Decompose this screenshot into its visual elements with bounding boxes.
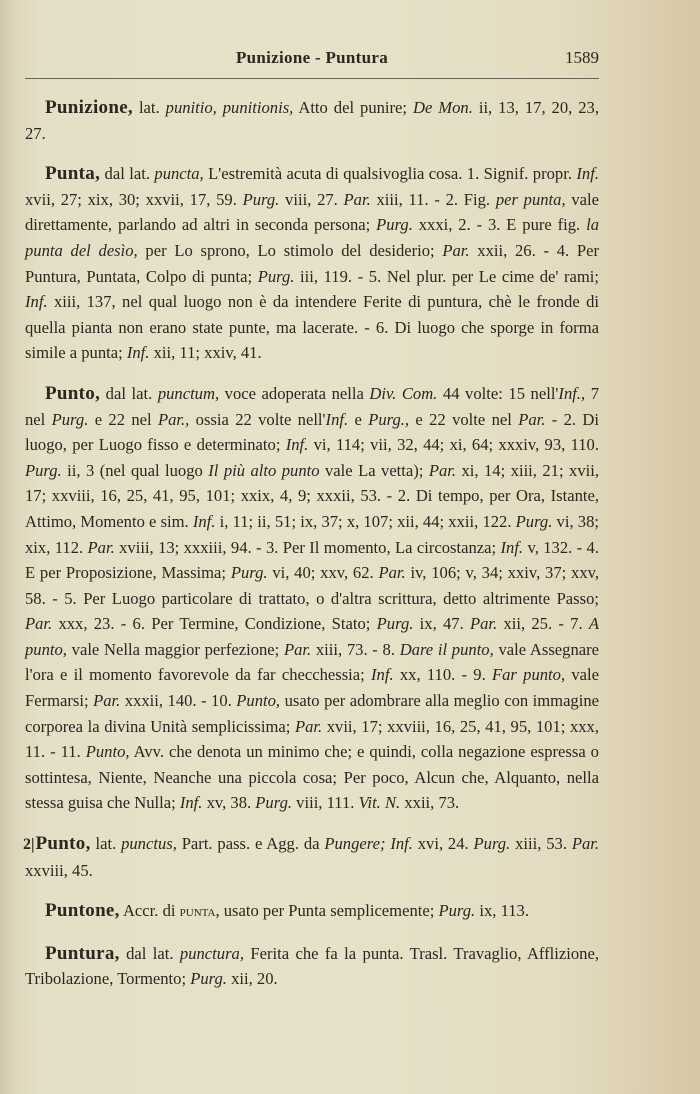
text-run: xvi, 24. — [413, 834, 474, 853]
text-run: xii, 20. — [227, 969, 278, 988]
italic-run: Purg. — [474, 834, 511, 853]
italic-run: Far punto, — [492, 665, 565, 684]
italic-run: Purg. — [258, 267, 295, 286]
text-run: L'estremità acuta di qualsivoglia cosa. … — [204, 164, 577, 183]
italic-run: Purg. — [243, 190, 280, 209]
text-run: xiii, 73. - 8. — [311, 640, 400, 659]
italic-run: Par. — [470, 614, 497, 633]
text-run: xiii, 137, nel qual luogo non è da inten… — [25, 292, 599, 362]
text-run: xii, 25. - 7. — [497, 614, 589, 633]
headword: Puntone, — [45, 900, 120, 921]
italic-run: punitio, punitionis, — [166, 98, 294, 117]
italic-run: Purg. — [25, 461, 62, 480]
italic-run: Inf. — [180, 793, 203, 812]
entry-punizione: Punizione, lat. punitio, punitionis, Att… — [25, 95, 599, 146]
headword: Punto, — [45, 383, 100, 404]
running-title: Punizione - Puntura — [25, 48, 599, 68]
italic-run: punctum, — [158, 384, 219, 403]
italic-run: Purg. — [376, 215, 413, 234]
italic-run: Punto, — [86, 742, 130, 761]
italic-run: Par. — [518, 410, 545, 429]
text-run: dal lat. — [100, 164, 154, 183]
text-run: xxxi, 2. - 3. E pure fig. — [413, 215, 586, 234]
headword: Punta, — [45, 163, 100, 184]
italic-run: Purg. — [190, 969, 227, 988]
italic-run: Inf. — [390, 834, 413, 853]
entry-body: dal lat. puncta, L'estremità acuta di qu… — [25, 164, 599, 362]
text-run: xvii, 27; xix, 30; xxvii, 17, 59. — [25, 190, 243, 209]
text-run: Accr. di — [120, 901, 180, 920]
italic-run: Par. — [429, 461, 456, 480]
entries-list: Punizione, lat. punitio, punitionis, Att… — [25, 95, 599, 1007]
text-run: i, 11; ii, 51; ix, 37; x, 107; xii, 44; … — [215, 512, 515, 531]
headword: Punizione, — [45, 97, 133, 118]
text-run: vi, 40; xxv, 62. — [268, 563, 379, 582]
text-run: xv, 38. — [202, 793, 255, 812]
entry-punta: Punta, dal lat. puncta, L'estremità acut… — [25, 161, 599, 366]
italic-run: Punto, — [236, 691, 280, 710]
italic-run: Inf. — [25, 292, 48, 311]
headword: Punto, — [36, 833, 91, 854]
page-number: 1589 — [565, 48, 599, 68]
text-run: dal lat. — [100, 384, 158, 403]
header-rule — [25, 78, 599, 79]
italic-run: Par. — [344, 190, 371, 209]
entry-punto-2: 2|Punto, lat. punctus, Part. pass. e Agg… — [25, 831, 599, 883]
italic-run: Pungere; — [324, 834, 385, 853]
text-run: xxviii, 45. — [25, 861, 93, 880]
entry-body: lat. punctus, Part. pass. e Agg. da Pung… — [25, 834, 599, 880]
text-run: lat. — [133, 98, 166, 117]
text-run: xiii, 11. - 2. Fig. — [371, 190, 496, 209]
italic-run: Par. — [378, 563, 405, 582]
headword: Puntura, — [45, 943, 120, 964]
italic-run: Purg. — [438, 901, 475, 920]
text-run: dal lat. — [120, 944, 180, 963]
italic-run: De Mon. — [413, 98, 473, 117]
text-run: voce adoperata nella — [219, 384, 369, 403]
text-run: lat. — [91, 834, 121, 853]
text-run: xxx, 23. - 6. Per Termine, Condizione, S… — [52, 614, 376, 633]
italic-run: Div. Com. — [369, 384, 437, 403]
text-run: xxii, 73. — [400, 793, 459, 812]
text-run: vi, 114; vii, 32, 44; xi, 64; xxxiv, 93,… — [308, 435, 599, 454]
entry-puntone: Puntone, Accr. di punta, usato per Punta… — [25, 898, 599, 926]
italic-run: Par. — [25, 614, 52, 633]
text-run: e 22 nel — [88, 410, 158, 429]
italic-run: Purg. — [255, 793, 292, 812]
text-run: e 22 volte nel — [409, 410, 518, 429]
text-run: , usato per Punta semplicemente; — [215, 901, 438, 920]
text-run: Atto del punire; — [293, 98, 413, 117]
text-run: viii, 27. — [279, 190, 343, 209]
italic-run: Vit. N. — [359, 793, 401, 812]
italic-run: Inf. — [576, 164, 599, 183]
small-caps-run: punta — [180, 904, 216, 920]
entry-punto-1: Punto, dal lat. punctum, voce adoperata … — [25, 381, 599, 816]
italic-run: punctura, — [180, 944, 244, 963]
italic-run: punctus, — [121, 834, 177, 853]
italic-run: Il più alto punto — [208, 461, 319, 480]
italic-run: Inf. — [286, 435, 309, 454]
text-run: Part. pass. e Agg. da — [177, 834, 324, 853]
italic-run: Inf., — [558, 384, 585, 403]
italic-run: Purg. — [516, 512, 553, 531]
text-run: iii, 119. - 5. Nel plur. per Le cime de'… — [294, 267, 599, 286]
italic-run: Inf. — [193, 512, 216, 531]
text-run: ix, 47. — [413, 614, 470, 633]
italic-run: per punta, — [496, 190, 566, 209]
italic-run: Par. — [295, 717, 322, 736]
italic-run: Par. — [442, 241, 469, 260]
homograph-marker: 2| — [23, 836, 35, 853]
italic-run: Par. — [93, 691, 120, 710]
text-run: ix, 113. — [475, 901, 529, 920]
entry-body: dal lat. punctum, voce adoperata nella D… — [25, 384, 599, 813]
text-run: xii, 11; xxiv, 41. — [149, 343, 261, 362]
text-run: xiii, 53. — [510, 834, 572, 853]
text-run: xx, 110. - 9. — [394, 665, 492, 684]
italic-run: Inf. — [127, 343, 150, 362]
text-run: per Lo sprono, Lo stimolo del desiderio; — [138, 241, 443, 260]
entry-puntura: Puntura, dal lat. punctura, Ferita che f… — [25, 941, 599, 992]
text-run: e — [348, 410, 368, 429]
entry-body: Accr. di punta, usato per Punta semplice… — [120, 901, 529, 920]
text-run: vale La vetta); — [320, 461, 429, 480]
italic-run: Inf. — [371, 665, 394, 684]
italic-run: Par. — [88, 538, 115, 557]
italic-run: Par. — [572, 834, 599, 853]
text-run: ii, 3 (nel qual luogo — [62, 461, 209, 480]
text-run: xxxii, 140. - 10. — [120, 691, 236, 710]
text-run: ossia 22 volte nell' — [189, 410, 325, 429]
italic-run: Purg. — [52, 410, 89, 429]
italic-run: puncta, — [154, 164, 203, 183]
text-run: xviii, 13; xxxiii, 94. - 3. Per Il momen… — [115, 538, 501, 557]
running-header: Punizione - Puntura 1589 — [25, 48, 599, 72]
italic-run: Par. — [284, 640, 311, 659]
italic-run: Purg. — [377, 614, 414, 633]
italic-run: Par., — [158, 410, 189, 429]
text-run: vale Nella maggior perfezione; — [67, 640, 284, 659]
text-run: 44 volte: 15 nell' — [437, 384, 558, 403]
text-run: viii, 111. — [292, 793, 359, 812]
italic-run: Inf. — [501, 538, 524, 557]
italic-run: Inf. — [326, 410, 349, 429]
italic-run: Dare il punto, — [400, 640, 494, 659]
italic-run: Purg., — [368, 410, 409, 429]
italic-run: Purg. — [231, 563, 268, 582]
